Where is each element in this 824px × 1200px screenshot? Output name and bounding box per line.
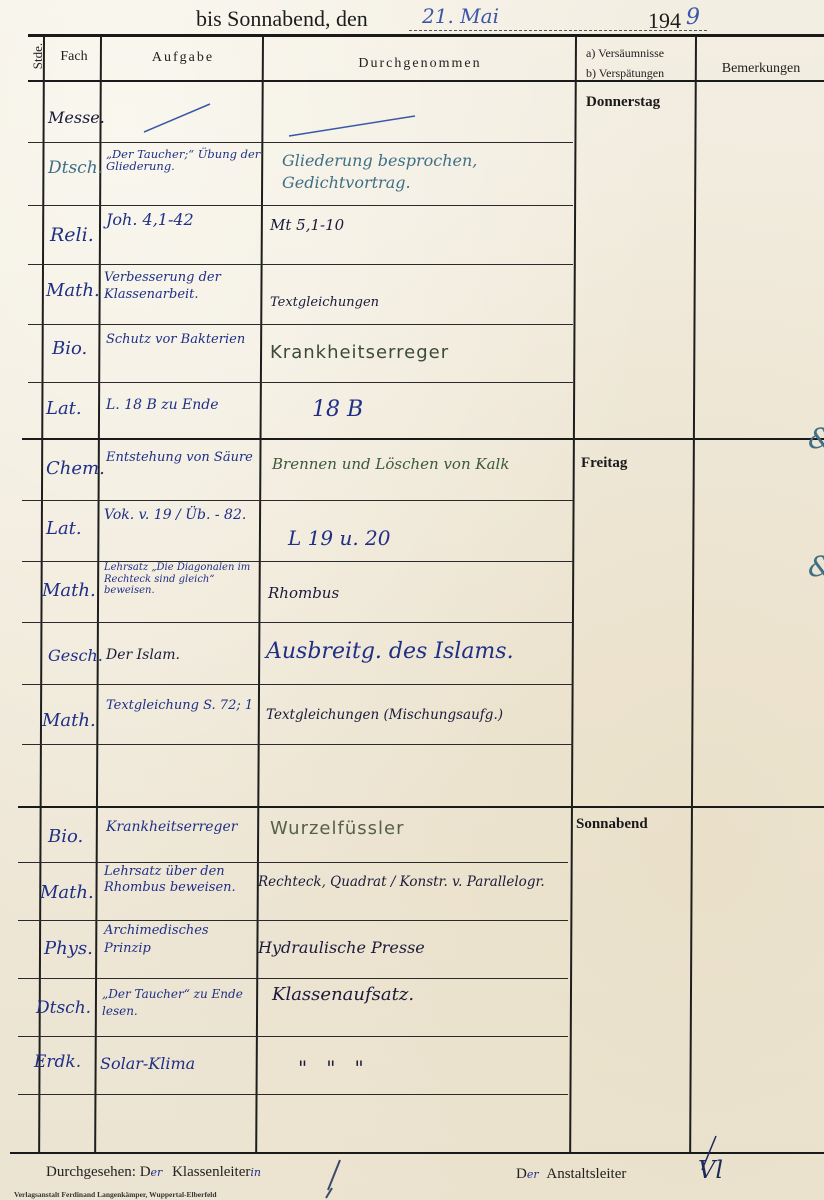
- d2-label: D: [516, 1166, 527, 1182]
- aufgabe-cell: L. 18 B zu Ende: [106, 398, 219, 413]
- margin-mark: &: [808, 552, 824, 581]
- aufgabe-text: Schutz vor Bakterien: [106, 332, 245, 347]
- publisher-imprint: Verlagsanstalt Ferdinand Langenkämper, W…: [14, 1190, 217, 1199]
- row-rule: [22, 622, 573, 623]
- day-label-sonnabend: Sonnabend: [576, 816, 648, 833]
- row-rule: [22, 684, 573, 685]
- day-label-donnerstag: Donnerstag: [586, 94, 660, 111]
- aufgabe-cell: „Der Taucher“ zu Ende lesen.: [102, 986, 252, 1020]
- durchgenommen-cell: Textgleichungen (Mischungsaufg.): [266, 708, 503, 722]
- aufgabe-cell: Entstehung von Säure: [106, 450, 256, 466]
- year-printed: 194: [648, 8, 681, 34]
- sonnabend-divider: [18, 806, 824, 808]
- fach-cell: Chem.: [46, 460, 105, 479]
- fach-cell: Math.: [42, 712, 96, 731]
- durchgenommen-text: Gliederung besprochen, Gedichtvortrag.: [282, 151, 477, 192]
- durchgenommen-cell: L 19 u. 20: [288, 528, 391, 549]
- fach-cell: Math.: [42, 582, 96, 601]
- klassenleiter-signature: [320, 1158, 350, 1200]
- durchgenommen-cell: Rhombus: [268, 586, 339, 602]
- header-durchgenommen: Durchgenommen: [265, 56, 575, 72]
- margin-mark: &: [808, 424, 824, 453]
- durchgenommen-cell: " " ": [298, 1058, 364, 1079]
- aufgabe-cell: Lehrsatz über den Rhombus beweisen.: [104, 864, 254, 897]
- aufgabe-text: Lehrsatz „Die Diagonalen im Rechteck sin…: [104, 562, 250, 596]
- fach-cell: Phys.: [44, 940, 93, 959]
- fach-cell: Bio.: [48, 828, 83, 847]
- header-verspaetungen: b) Verspätungen: [580, 66, 695, 81]
- footer-director: Der Anstaltsleiter: [516, 1166, 626, 1183]
- fach-cell: Dtsch.: [48, 160, 103, 178]
- durchgenommen-cell: Klassenaufsatz.: [272, 986, 414, 1005]
- row-rule: [28, 142, 573, 143]
- heading-prefix: bis Sonnabend, den: [196, 6, 368, 32]
- fach-cell: Dtsch.: [36, 1000, 91, 1018]
- durchgenommen-cell: Hydraulische Presse: [258, 940, 425, 957]
- header-stde: Stde.: [30, 36, 46, 76]
- aufgabe-text: Vok. v. 19 / Üb. - 82.: [104, 507, 246, 523]
- row-rule: [22, 500, 573, 501]
- signature-stroke: [690, 1134, 720, 1174]
- page-heading: bis Sonnabend, den 21. Mai 194 9: [196, 4, 716, 36]
- aufgabe-cell: Lehrsatz „Die Diagonalen im Rechteck sin…: [104, 562, 256, 597]
- col-line-aufgabe: [255, 36, 264, 1152]
- aufgabe-text: Archimedisches Prinzip: [104, 923, 209, 956]
- freitag-divider: [22, 438, 824, 440]
- row-rule: [18, 920, 568, 921]
- durchgenommen-cell: Krankheitserreger: [270, 344, 449, 363]
- aufgabe-text: Textgleichung S. 72; 1: [106, 698, 253, 713]
- row-rule: [18, 1094, 568, 1095]
- fach-cell: Lat.: [46, 400, 82, 419]
- table-top-rule: [28, 34, 824, 37]
- aufgabe-text: Entstehung von Säure: [106, 450, 253, 465]
- footer-review: Durchgesehen: Der Klassenleiterin: [46, 1164, 261, 1181]
- d1-handwritten: er: [151, 1166, 163, 1179]
- d2-handwritten: er: [527, 1168, 539, 1181]
- durchgenommen-cell: Rechteck, Quadrat / Konstr. v. Parallelo…: [258, 872, 558, 894]
- header-versaeumnisse: a) Versäumnisse: [580, 46, 695, 61]
- row-rule: [28, 264, 573, 265]
- aufgabe-text: „Der Taucher“ zu Ende lesen.: [102, 987, 243, 1018]
- row-rule: [18, 862, 568, 863]
- row-rule: [28, 382, 573, 383]
- aufgabe-cell: Vok. v. 19 / Üb. - 82.: [104, 506, 254, 525]
- aufgabe-cell: Textgleichung S. 72; 1: [106, 698, 256, 715]
- aufgabe-cell: Der Islam.: [106, 648, 180, 663]
- aufgabe-cell: Verbesserung der Klassenarbeit.: [104, 270, 260, 304]
- row-rule: [22, 744, 573, 745]
- header-aufgabe: Aufgabe: [104, 50, 262, 66]
- row-rule: [18, 978, 568, 979]
- anstaltsleiter-label: Anstaltsleiter: [546, 1166, 626, 1182]
- aufgabe-cell: Archimedisches Prinzip: [104, 922, 254, 957]
- row-rule: [18, 1036, 568, 1037]
- fach-cell: Gesch.: [48, 648, 103, 665]
- durchgenommen-cell: Mt 5,1-10: [270, 218, 344, 234]
- header-bottom-rule: [28, 80, 824, 82]
- fach-cell: Lat.: [46, 520, 82, 539]
- aufgabe-cell: Krankheitserreger: [106, 818, 246, 836]
- fach-cell: Math.: [46, 282, 100, 301]
- row-rule: [28, 205, 573, 206]
- aufgabe-cell: Joh. 4,1-42: [106, 212, 194, 229]
- header-fach: Fach: [46, 49, 102, 65]
- col-line-versaeumnisse: [689, 36, 697, 1152]
- durchgenommen-text: Brennen und Löschen von Kalk: [272, 455, 509, 473]
- aufgabe-text: „Der Taucher;“ Übung der Gliederung.: [106, 147, 260, 173]
- klassenleiter-label: Klassenleiter: [172, 1164, 250, 1180]
- aufgabe-text: Lehrsatz über den Rhombus beweisen.: [104, 864, 236, 895]
- strike-line-durchgenommen: [285, 100, 445, 140]
- durchgenommen-cell: Textgleichungen: [270, 296, 379, 310]
- fach-cell: Reli.: [50, 226, 94, 246]
- aufgabe-cell: Solar-Klima: [100, 1056, 195, 1073]
- aufgabe-text: Verbesserung der Klassenarbeit.: [104, 270, 221, 302]
- year-handwritten: 9: [686, 6, 700, 29]
- handwritten-date: 21. Mai: [422, 6, 499, 27]
- day-label-freitag: Freitag: [581, 455, 627, 472]
- fach-cell: Bio.: [52, 340, 87, 359]
- durchgenommen-cell: Wurzelfüssler: [270, 820, 404, 839]
- fach-cell: Messe.: [48, 110, 105, 127]
- aufgabe-cell: Schutz vor Bakterien: [106, 332, 256, 349]
- aufgabe-cell: „Der Taucher;“ Übung der Gliederung.: [106, 148, 261, 172]
- durchgenommen-cell: Ausbreitg. des Islams.: [266, 640, 514, 663]
- durchgenommen-cell: Gliederung besprochen, Gedichtvortrag.: [282, 150, 572, 195]
- row-rule: [28, 324, 573, 325]
- strike-line-aufgabe: [140, 100, 220, 136]
- durchgenommen-cell: 18 B: [312, 398, 363, 421]
- fach-cell: Erdk.: [34, 1054, 81, 1072]
- header-bemerkungen: Bemerkungen: [698, 61, 824, 77]
- col-line-durch: [569, 36, 577, 1152]
- durchgenommen-cell: Brennen und Löschen von Kalk: [272, 452, 567, 476]
- aufgabe-text: Krankheitserreger: [106, 819, 237, 835]
- durchgenommen-text: Rechteck, Quadrat / Konstr. v. Parallelo…: [258, 874, 545, 890]
- klassenleiter-handwritten: in: [250, 1166, 261, 1179]
- fach-cell: Math.: [40, 884, 94, 903]
- durchgesehen-label: Durchgesehen: D: [46, 1164, 151, 1180]
